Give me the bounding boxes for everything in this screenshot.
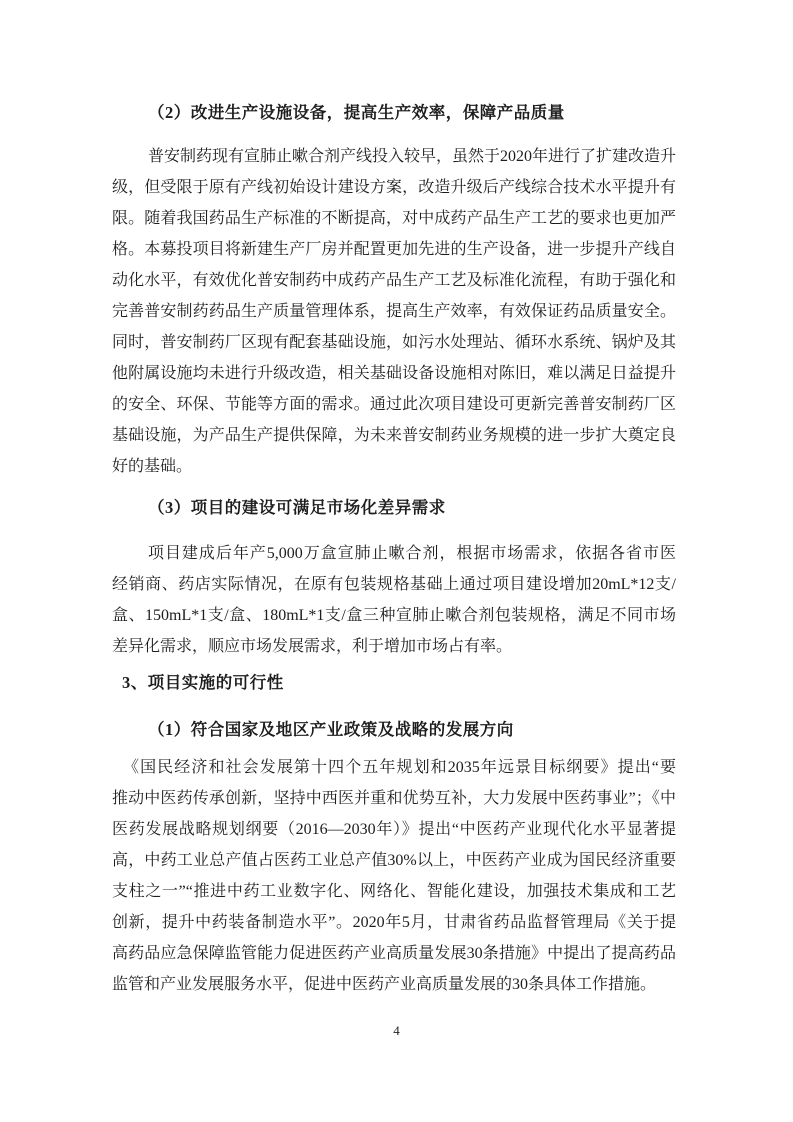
paragraph-line: 级，但受限于原有产线初始设计建设方案，改造升级后产线综合技术水平提升有 <box>112 172 676 203</box>
paragraph-line: 《国民经济和社会发展第十四个五年规划和2035年远景目标纲要》提出“要 <box>112 752 676 783</box>
paragraph-line: 高药品应急保障监管能力促进医药产业高质量发展30条措施》中提出了提高药品 <box>112 938 676 969</box>
paragraph-policy-support: 《国民经济和社会发展第十四个五年规划和2035年远景目标纲要》提出“要 推动中医… <box>112 752 676 1000</box>
paragraph-line: 好的基础。 <box>112 451 676 482</box>
paragraph-line: 普安制药现有宣肺止嗽合剂产线投入较早，虽然于2020年进行了扩建改造升 <box>112 141 676 172</box>
paragraph-line: 推动中医药传承创新，坚持中西医并重和优势互补，大力发展中医药事业”；《中 <box>112 783 676 814</box>
paragraph-line: 经销商、药店实际情况，在原有包装规格基础上通过项目建设增加20mL*12支/ <box>112 569 676 600</box>
paragraph-line: 医药发展战略规划纲要（2016—2030年）》提出“中医药产业现代化水平显著提 <box>112 814 676 845</box>
paragraph-line: 格。本募投项目将新建生产厂房并配置更加先进的生产设备，进一步提升产线自 <box>112 234 676 265</box>
document-page: （2）改进生产设施设备，提高生产效率，保障产品质量 普安制药现有宣肺止嗽合剂产线… <box>0 0 793 1122</box>
paragraph-line: 基础设施，为产品生产提供保障，为未来普安制药业务规模的进一步扩大奠定良 <box>112 420 676 451</box>
paragraph-line: 创新，提升中药装备制造水平”。2020年5月，甘肃省药品监督管理局《关于提 <box>112 907 676 938</box>
paragraph-line: 高，中药工业总产值占医药工业总产值30%以上，中医药产业成为国民经济重要 <box>112 845 676 876</box>
paragraph-line: 差异化需求，顺应市场发展需求，利于增加市场占有率。 <box>112 631 676 662</box>
section-heading-policy-alignment: （1）符合国家及地区产业政策及战略的发展方向 <box>112 714 712 745</box>
paragraph-line: 他附属设施均未进行升级改造，相关基础设备设施相对陈旧，难以满足日益提升 <box>112 358 676 389</box>
section-heading-market-demand: （3）项目的建设可满足市场化差异需求 <box>112 492 712 523</box>
paragraph-production-upgrade: 普安制药现有宣肺止嗽合剂产线投入较早，虽然于2020年进行了扩建改造升 级，但受… <box>112 141 676 482</box>
section-heading-improve-production: （2）改进生产设施设备，提高生产效率，保障产品质量 <box>112 97 712 128</box>
paragraph-line: 项目建成后年产5,000万盒宣肺止嗽合剂，根据市场需求，依据各省市医院、 <box>112 538 676 569</box>
page-number: 4 <box>0 1022 793 1040</box>
paragraph-line: 的安全、环保、节能等方面的需求。通过此次项目建设可更新完善普安制药厂区 <box>112 389 676 420</box>
paragraph-market-packaging: 项目建成后年产5,000万盒宣肺止嗽合剂，根据市场需求，依据各省市医院、 经销商… <box>112 538 676 662</box>
paragraph-line: 完善普安制药药品生产质量管理体系，提高生产效率，有效保证药品质量安全。 <box>112 296 676 327</box>
paragraph-line: 限。随着我国药品生产标准的不断提高，对中成药产品生产工艺的要求也更加严 <box>112 203 676 234</box>
paragraph-line: 支柱之一”“推进中药工业数字化、网络化、智能化建设，加强技术集成和工艺 <box>112 876 676 907</box>
paragraph-line: 盒、150mL*1支/盒、180mL*1支/盒三种宣肺止嗽合剂包装规格，满足不同… <box>112 600 676 631</box>
paragraph-line: 监管和产业发展服务水平，促进中医药产业高质量发展的30条具体工作措施。 <box>112 969 676 1000</box>
section-heading-feasibility: 3、项目实施的可行性 <box>112 667 686 698</box>
paragraph-line: 动化水平，有效优化普安制药中成药产品生产工艺及标准化流程，有助于强化和 <box>112 265 676 296</box>
paragraph-line: 同时，普安制药厂区现有配套基础设施，如污水处理站、循环水系统、锅炉及其 <box>112 327 676 358</box>
